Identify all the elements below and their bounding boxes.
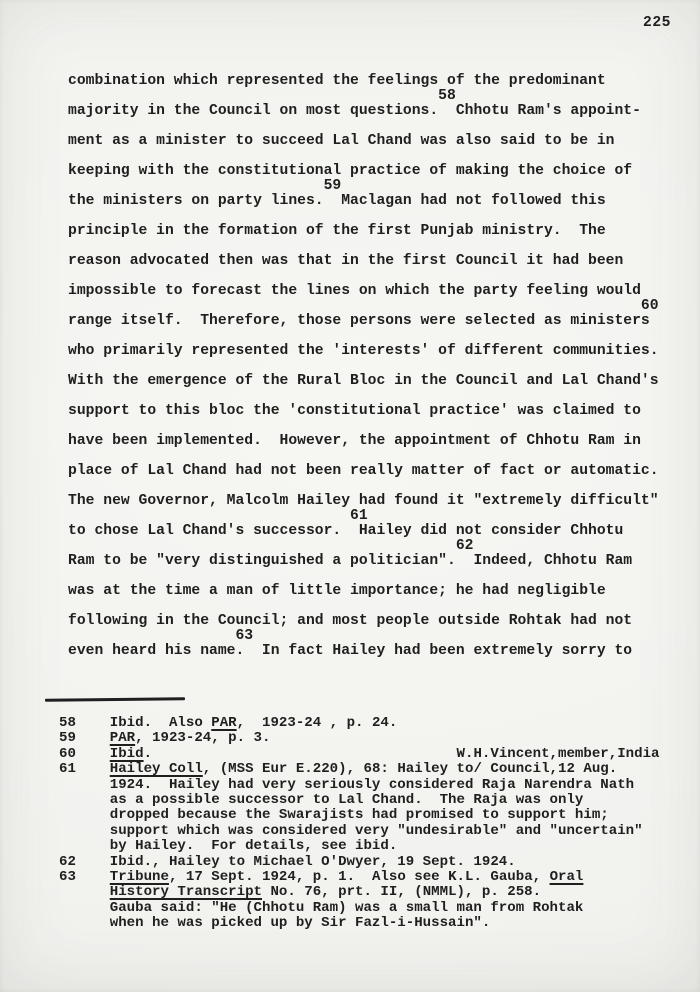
footnote-text-segment: 61 (59, 761, 110, 777)
footnote-text-segment (59, 884, 110, 900)
footnote-line: 60 Ibid. W.H.Vincent,member,India (59, 747, 660, 762)
footnote-line: dropped because the Swarajists had promi… (59, 808, 660, 823)
footnote-underlined-segment: History Transcript (110, 884, 262, 900)
footnote-text-segment: . W.H.Vincent,member,India (144, 746, 660, 762)
footnote-text-segment: , 1923-24, p. 3. (135, 730, 270, 746)
footnote-line: Gauba said: "He (Chhotu Ram) was a small… (59, 901, 660, 916)
page: 225 combination which represented the fe… (0, 0, 700, 992)
footnote-text-segment: when he was picked up by Sir Fazl-i-Huss… (59, 915, 490, 931)
footnote-line: 58 Ibid. Also PAR, 1923-24 , p. 24. (59, 716, 660, 731)
footnote-text-segment: 63 (59, 869, 110, 885)
footnote-text-segment: 60 (59, 746, 110, 762)
footnote-text-segment: , (MSS Eur E.220), 68: Hailey to/ Counci… (203, 761, 617, 777)
footnote-text-segment: 1924. Hailey had very seriously consider… (59, 777, 634, 793)
footnote-line: History Transcript No. 76, prt. II, (NMM… (59, 885, 660, 900)
footnote-line: 59 PAR, 1923-24, p. 3. (59, 731, 660, 746)
footnote-underlined-segment: PAR (211, 715, 236, 731)
page-number: 225 (643, 14, 671, 32)
body-text: combination which represented the feelin… (68, 74, 659, 659)
footnote-underlined-segment: Hailey Coll (110, 761, 203, 777)
footnote-text-segment: as a possible successor to Lal Chand. Th… (59, 792, 583, 808)
footnote-line: when he was picked up by Sir Fazl-i-Huss… (59, 916, 660, 931)
footnote-text-segment: dropped because the Swarajists had promi… (59, 807, 609, 823)
footnote-underlined-segment: PAR (110, 730, 135, 746)
footnotes: 58 Ibid. Also PAR, 1923-24 , p. 24.59 PA… (59, 716, 660, 932)
footnote-line: 62 Ibid., Hailey to Michael O'Dwyer, 19 … (59, 855, 660, 870)
footnote-line: 63 Tribune, 17 Sept. 1924, p. 1. Also se… (59, 870, 660, 885)
footnote-line: 61 Hailey Coll, (MSS Eur E.220), 68: Hai… (59, 762, 660, 777)
footnote-text-segment: , 1923-24 , p. 24. (237, 715, 398, 731)
footnote-line: as a possible successor to Lal Chand. Th… (59, 793, 660, 808)
footnote-text-segment: No. 76, prt. II, (NMML), p. 258. (262, 884, 541, 900)
footnote-line: 1924. Hailey had very seriously consider… (59, 778, 660, 793)
footnote-underlined-segment: Oral (550, 869, 584, 885)
footnote-text-segment: , 17 Sept. 1924, p. 1. Also see K.L. Gau… (169, 869, 550, 885)
footnote-underlined-segment: Ibid (110, 746, 144, 762)
footnote-separator (45, 697, 185, 701)
footnote-text-segment: 62 Ibid., Hailey to Michael O'Dwyer, 19 … (59, 854, 516, 870)
footnote-text-segment: Gauba said: "He (Chhotu Ram) was a small… (59, 900, 583, 916)
footnote-line: by Hailey. For details, see ibid. (59, 839, 660, 854)
footnote-text-segment: support which was considered very "undes… (59, 823, 643, 839)
footnote-text-segment: 59 (59, 730, 110, 746)
footnote-line: support which was considered very "undes… (59, 824, 660, 839)
footnote-text-segment: 58 Ibid. Also (59, 715, 211, 731)
footnote-underlined-segment: Tribune (110, 869, 169, 885)
footnote-text-segment: by Hailey. For details, see ibid. (59, 838, 397, 854)
